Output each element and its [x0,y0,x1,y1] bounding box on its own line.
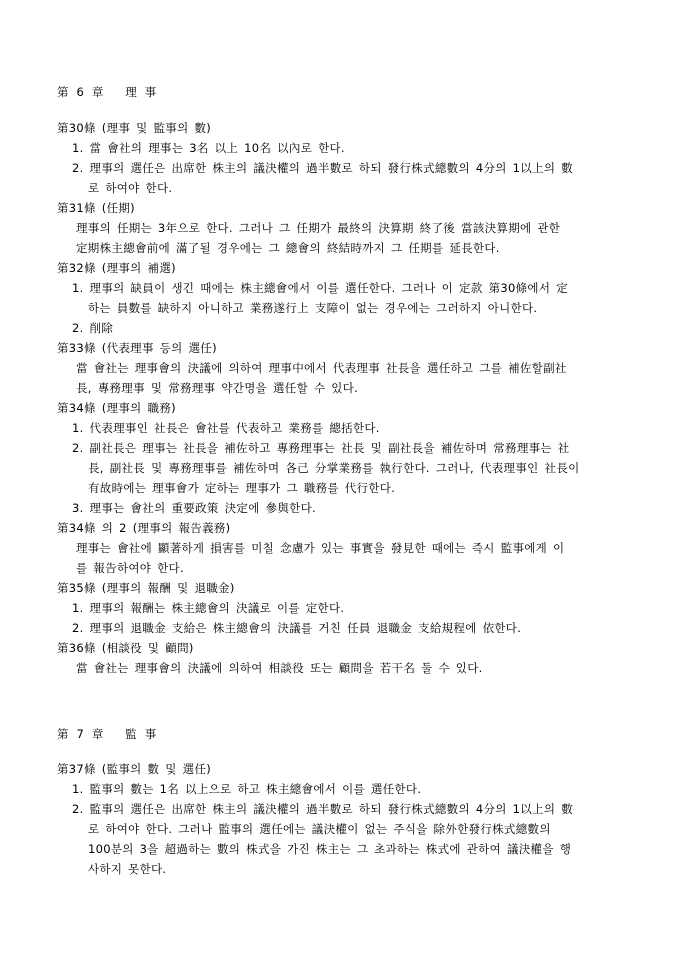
document-line: 理事의 任期는 3年으로 한다. 그러나 그 任期가 最終의 決算期 終了後 當… [0,218,680,238]
document-line: 第34條 의 2 (理事의 報告義務) [0,518,680,538]
document-line: 1. 代表理事인 社長은 會社를 代表하고 業務를 總括한다. [0,418,680,438]
document-line: 第33條 (代表理事 등의 選任) [0,338,680,358]
document-line: 當 會社는 理事會의 決議에 의하여 相談役 또는 顧問을 若干名 둘 수 있다… [0,658,680,678]
document-line: 3. 理事는 會社의 重要政策 決定에 參與한다. [0,498,680,518]
document-line: 2. 削除 [0,318,680,338]
document-line: 第36條 (相談役 및 顧問) [0,638,680,658]
document-line: 第34條 (理事의 職務) [0,398,680,418]
document-line: 2. 監事의 選任은 出席한 株主의 議決權의 過半數로 하되 發行株式總數의 … [0,799,680,819]
document-line: 長, 專務理事 및 常務理事 약간명을 選任할 수 있다. [0,378,680,398]
document-line: 1. 理事의 缺員이 생긴 때에는 株主總會에서 이를 選任한다. 그러나 이 … [0,278,680,298]
document-line: 第 7 章 監 事 [0,724,680,744]
document-page: 第 6 章 理 事第30條 (理事 및 監事의 數)1. 當 會社의 理事는 3… [0,0,680,962]
document-line: 1. 理事의 報酬는 株主總會의 決議로 이를 定한다. [0,598,680,618]
document-line: 를 報告하여야 한다. [0,558,680,578]
document-line: 第31條 (任期) [0,198,680,218]
document-line: 定期株主總會前에 滿了될 경우에는 그 總會의 終結時까지 그 任期를 延長한다… [0,238,680,258]
document-line: 2. 理事의 退職金 支給은 株主總會의 決議를 거친 任員 退職金 支給規程에… [0,618,680,638]
document-line: 第37條 (監事의 數 및 選任) [0,759,680,779]
document-line: 로 하여야 한다. [0,178,680,198]
document-line: 第30條 (理事 및 監事의 數) [0,118,680,138]
document-line: 100분의 3을 超過하는 數의 株式을 가진 株主는 그 초과하는 株式에 관… [0,839,680,859]
document-line: 第 6 章 理 事 [0,82,680,102]
document-line: 2. 理事의 選任은 出席한 株主의 議決權의 過半數로 하되 發行株式總數의 … [0,158,680,178]
document-line: 1. 當 會社의 理事는 3名 以上 10名 以內로 한다. [0,138,680,158]
document-line: 하는 員數를 缺하지 아니하고 業務遂行上 支障이 없는 경우에는 그러하지 아… [0,298,680,318]
document-line: 1. 監事의 數는 1名 以上으로 하고 株主總會에서 이를 選任한다. [0,779,680,799]
document-line: 有故時에는 理事會가 定하는 理事가 그 職務를 代行한다. [0,478,680,498]
document-body: 第 6 章 理 事第30條 (理事 및 監事의 數)1. 當 會社의 理事는 3… [0,82,680,879]
document-line: 長, 副社長 및 專務理事를 補佐하며 各己 分掌業務를 執行한다. 그러나, … [0,458,680,478]
document-line: 로 하여야 한다. 그러나 監事의 選任에는 議決權이 없는 주식을 除外한發行… [0,819,680,839]
document-line: 사하지 못한다. [0,859,680,879]
document-line: 當 會社는 理事會의 決議에 의하여 理事中에서 代表理事 社長을 選任하고 그… [0,358,680,378]
document-line: 第35條 (理事의 報酬 및 退職金) [0,578,680,598]
document-line: 第32條 (理事의 補選) [0,258,680,278]
document-line: 理事는 會社에 顯著하게 損害를 미칠 念慮가 있는 事實을 發見한 때에는 즉… [0,538,680,558]
document-line: 2. 副社長은 理事는 社長을 補佐하고 專務理事는 社長 및 副社長을 補佐하… [0,438,680,458]
